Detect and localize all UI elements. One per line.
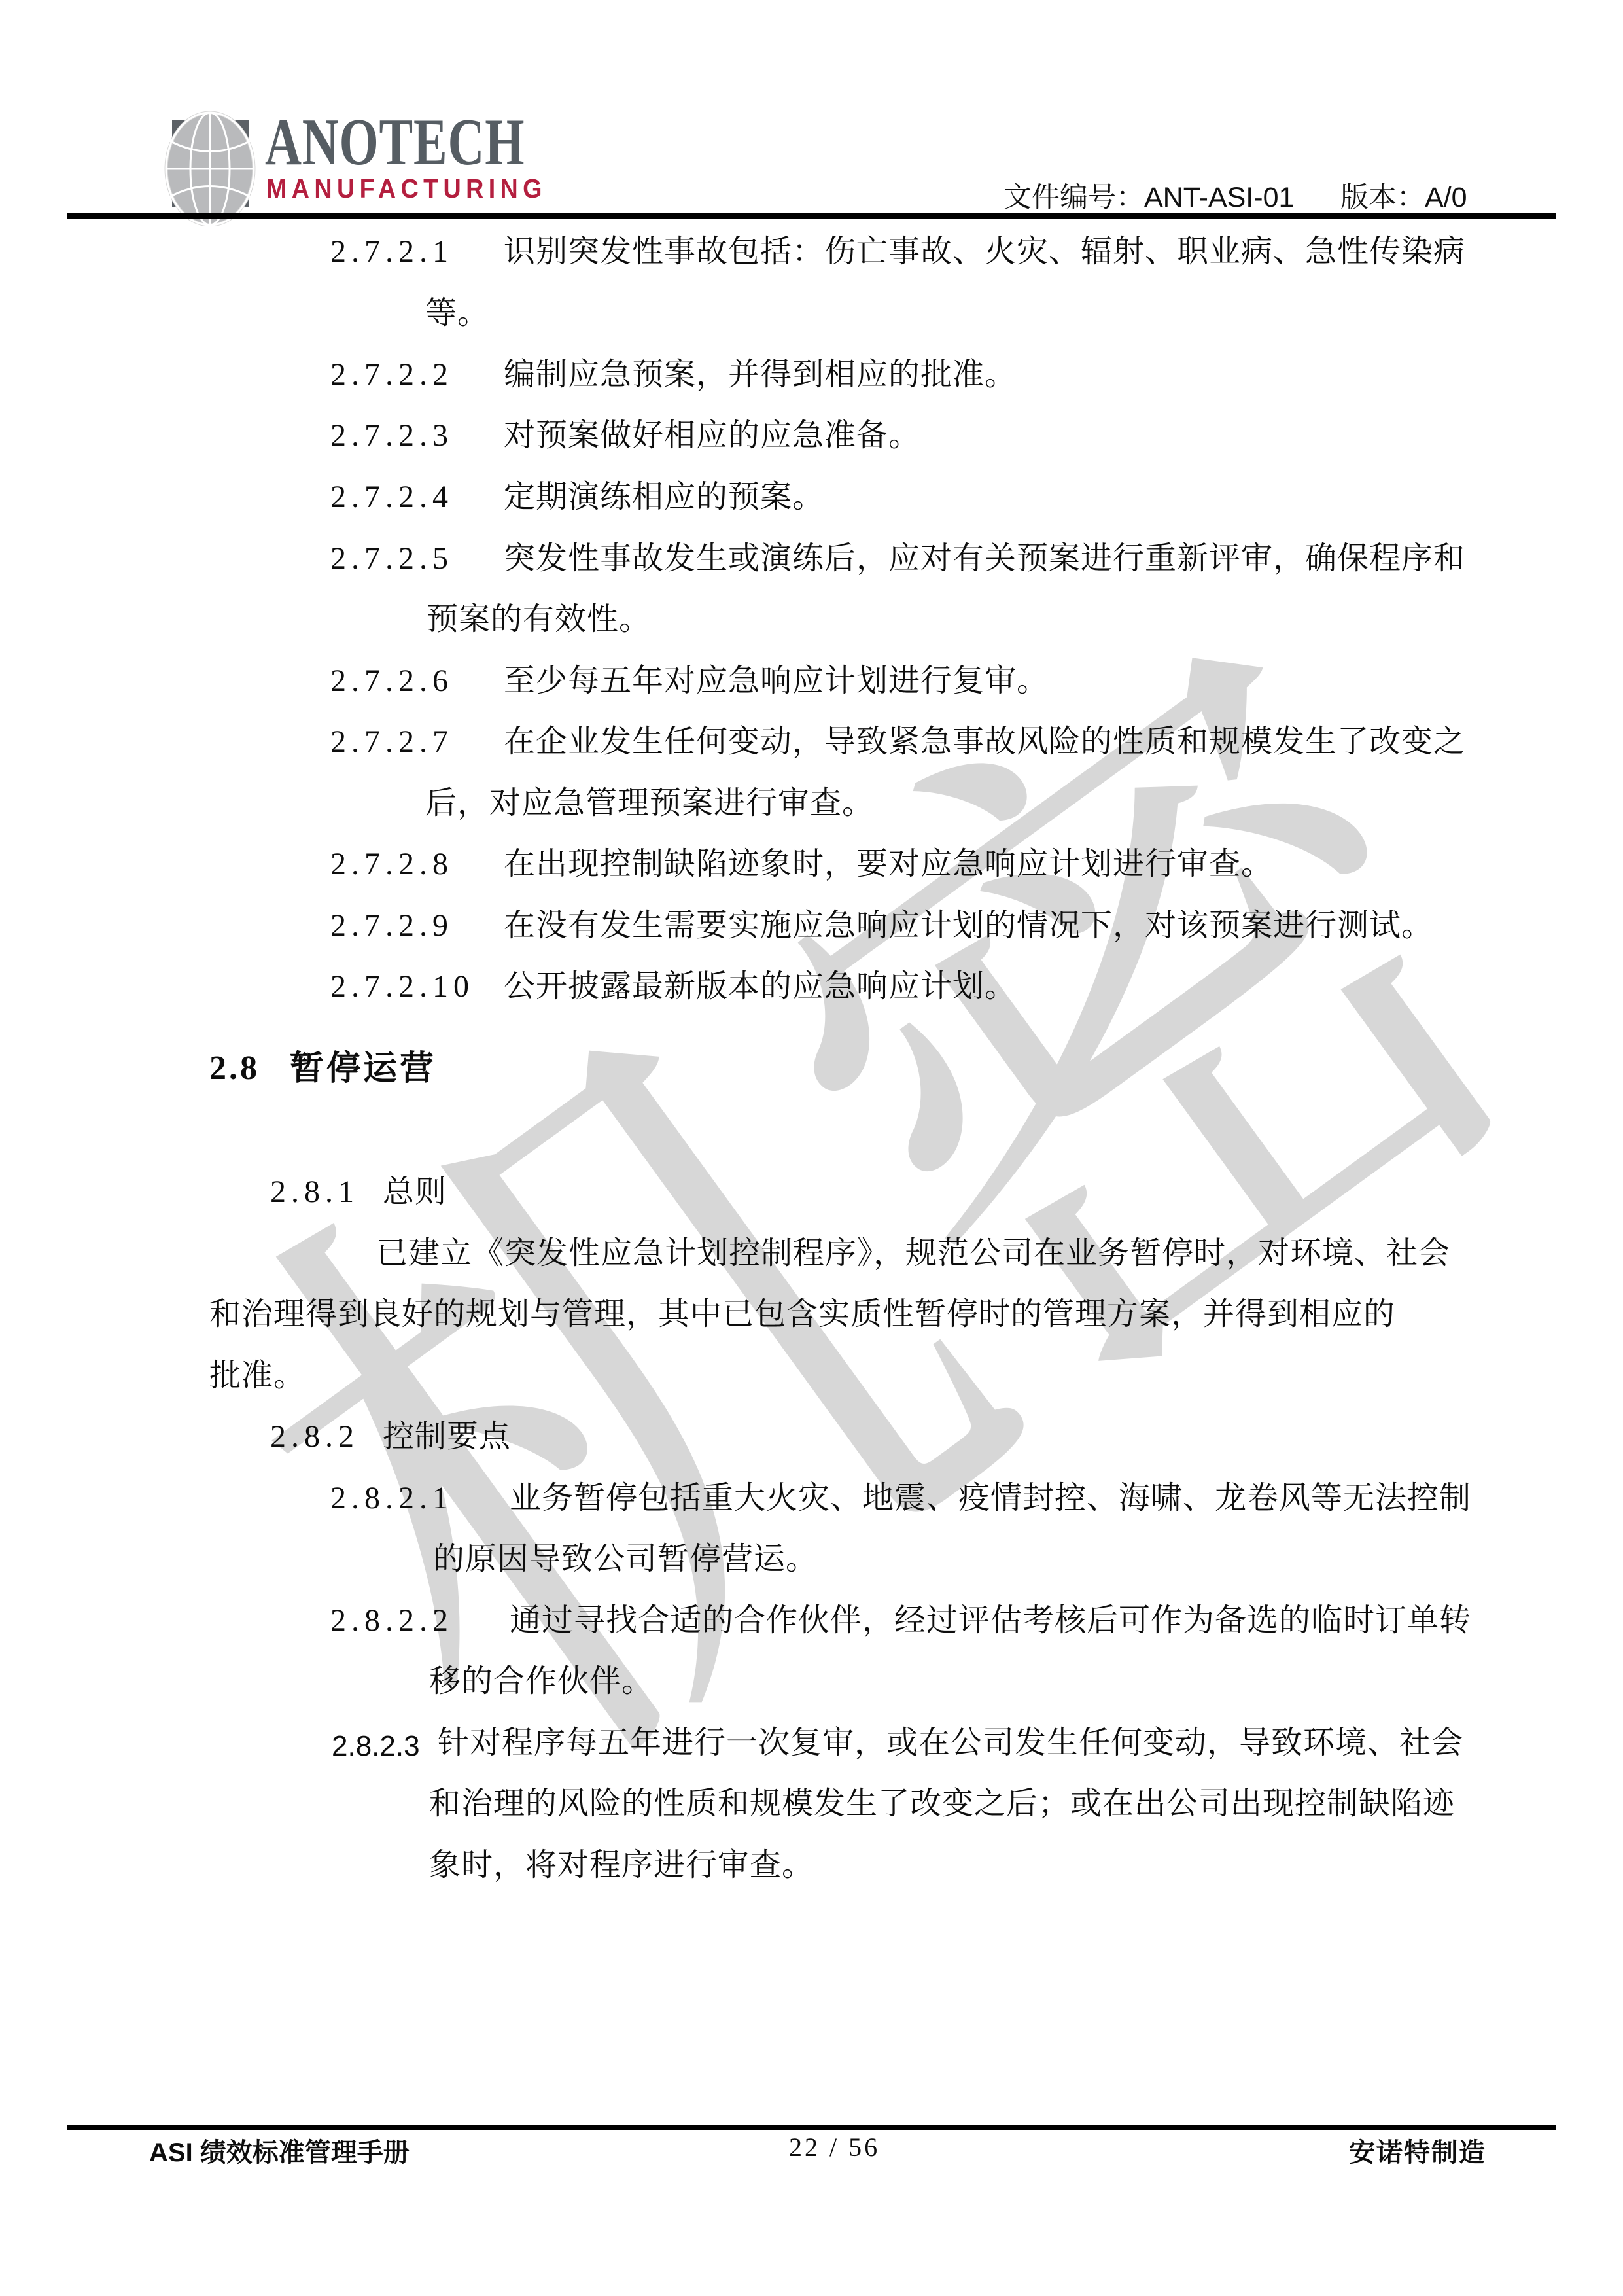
section-number: 2.8 <box>209 1050 260 1087</box>
document-page: 机密 ANOTECH MANUFACTURING 文件编号：ANT-ASI-01… <box>0 0 1623 2296</box>
document-version: 版本：A/0 <box>1340 175 1467 215</box>
clause-text: 对预案做好相应的应急准备。 <box>504 417 920 455</box>
clause-text: 识别突发性事故包括：伤亡事故、火灾、辐射、职业病、急性传染病 <box>504 233 1465 271</box>
clause-text: 通过寻找合适的合作伙伴，经过评估考核后可作为备选的临时订单转 <box>510 1602 1471 1640</box>
logo-wordmark: ANOTECH <box>265 110 525 175</box>
clause-number: 2.8.2.3 <box>332 1727 420 1765</box>
clause-text: 的原因导致公司暂停营运。 <box>433 1540 818 1578</box>
clause-text: 业务暂停包括重大火灾、地震、疫情封控、海啸、龙卷风等无法控制 <box>510 1479 1471 1517</box>
logo-subtitle: MANUFACTURING <box>266 174 547 203</box>
document-number: 文件编号：ANT-ASI-01 <box>1003 175 1294 215</box>
footer-divider <box>67 2125 1556 2130</box>
clause-text: 预案的有效性。 <box>427 601 651 639</box>
clause-number: 2.7.2.10 <box>330 968 474 1006</box>
clause-number: 2.8.2.1 <box>330 1479 453 1517</box>
clause-number: 2.7.2.3 <box>330 417 453 455</box>
clause-text: 在没有发生需要实施应急响应计划的情况下，对该预案进行测试。 <box>504 907 1433 945</box>
clause-number: 2.8.2.2 <box>330 1602 453 1640</box>
clause-number: 2.7.2.1 <box>330 233 453 271</box>
clause-number: 2.7.2.2 <box>330 356 453 394</box>
clause-text: 至少每五年对应急响应计划进行复审。 <box>504 662 1049 700</box>
clause-text: 针对程序每五年进行一次复审，或在公司发生任何变动，导致环境、社会 <box>438 1724 1463 1762</box>
globe-icon <box>152 111 257 226</box>
clause-text: 公开披露最新版本的应急响应计划。 <box>504 968 1017 1006</box>
footer-page-number: 22 / 56 <box>789 2132 880 2163</box>
clause-number: 2.7.2.8 <box>330 845 453 883</box>
paragraph-line: 批准。 <box>209 1357 305 1395</box>
clause-text: 在企业发生任何变动，导致紧急事故风险的性质和规模发生了改变之 <box>504 723 1465 761</box>
clause-number: 2.7.2.5 <box>330 540 453 578</box>
company-logo: ANOTECH MANUFACTURING <box>152 98 525 213</box>
clause-text: 移的合作伙伴。 <box>429 1663 654 1701</box>
clause-text: 和治理的风险的性质和规模发生了改变之后；或在出公司出现控制缺陷迹 <box>429 1785 1455 1823</box>
clause-number: 2.8.2 <box>270 1418 359 1456</box>
clause-text: 定期演练相应的预案。 <box>504 478 824 516</box>
clause-text: 象时，将对程序进行审查。 <box>429 1846 814 1884</box>
footer-manual-title: ASI 绩效标准管理手册 <box>149 2132 410 2169</box>
clause-number: 2.7.2.6 <box>330 662 453 700</box>
clause-number: 2.7.2.7 <box>330 723 453 761</box>
paragraph-line: 已建立《突发性应急计划控制程序》，规范公司在业务暂停时，对环境、社会 <box>376 1235 1450 1273</box>
clause-text: 等。 <box>425 294 489 332</box>
footer-company-name: 安诺特制造 <box>1349 2132 1486 2169</box>
clause-text: 突发性事故发生或演练后，应对有关预案进行重新评审，确保程序和 <box>504 540 1465 578</box>
clause-text: 控制要点 <box>383 1418 511 1456</box>
clause-number: 2.7.2.9 <box>330 907 453 945</box>
clause-text: 在出现控制缺陷迹象时，要对应急响应计划进行审查。 <box>504 845 1273 883</box>
section-heading: 暂停运营 <box>290 1050 436 1087</box>
clause-text: 编制应急预案，并得到相应的批准。 <box>504 356 1017 394</box>
clause-number: 2.7.2.4 <box>330 478 453 516</box>
clause-number: 2.8.1 <box>270 1173 359 1211</box>
header-divider <box>67 213 1556 219</box>
paragraph-line: 和治理得到良好的规划与管理，其中已包含实质性暂停时的管理方案，并得到相应的 <box>209 1296 1395 1333</box>
clause-text: 后，对应急管理预案进行审查。 <box>425 785 874 822</box>
clause-text: 总则 <box>383 1173 447 1211</box>
